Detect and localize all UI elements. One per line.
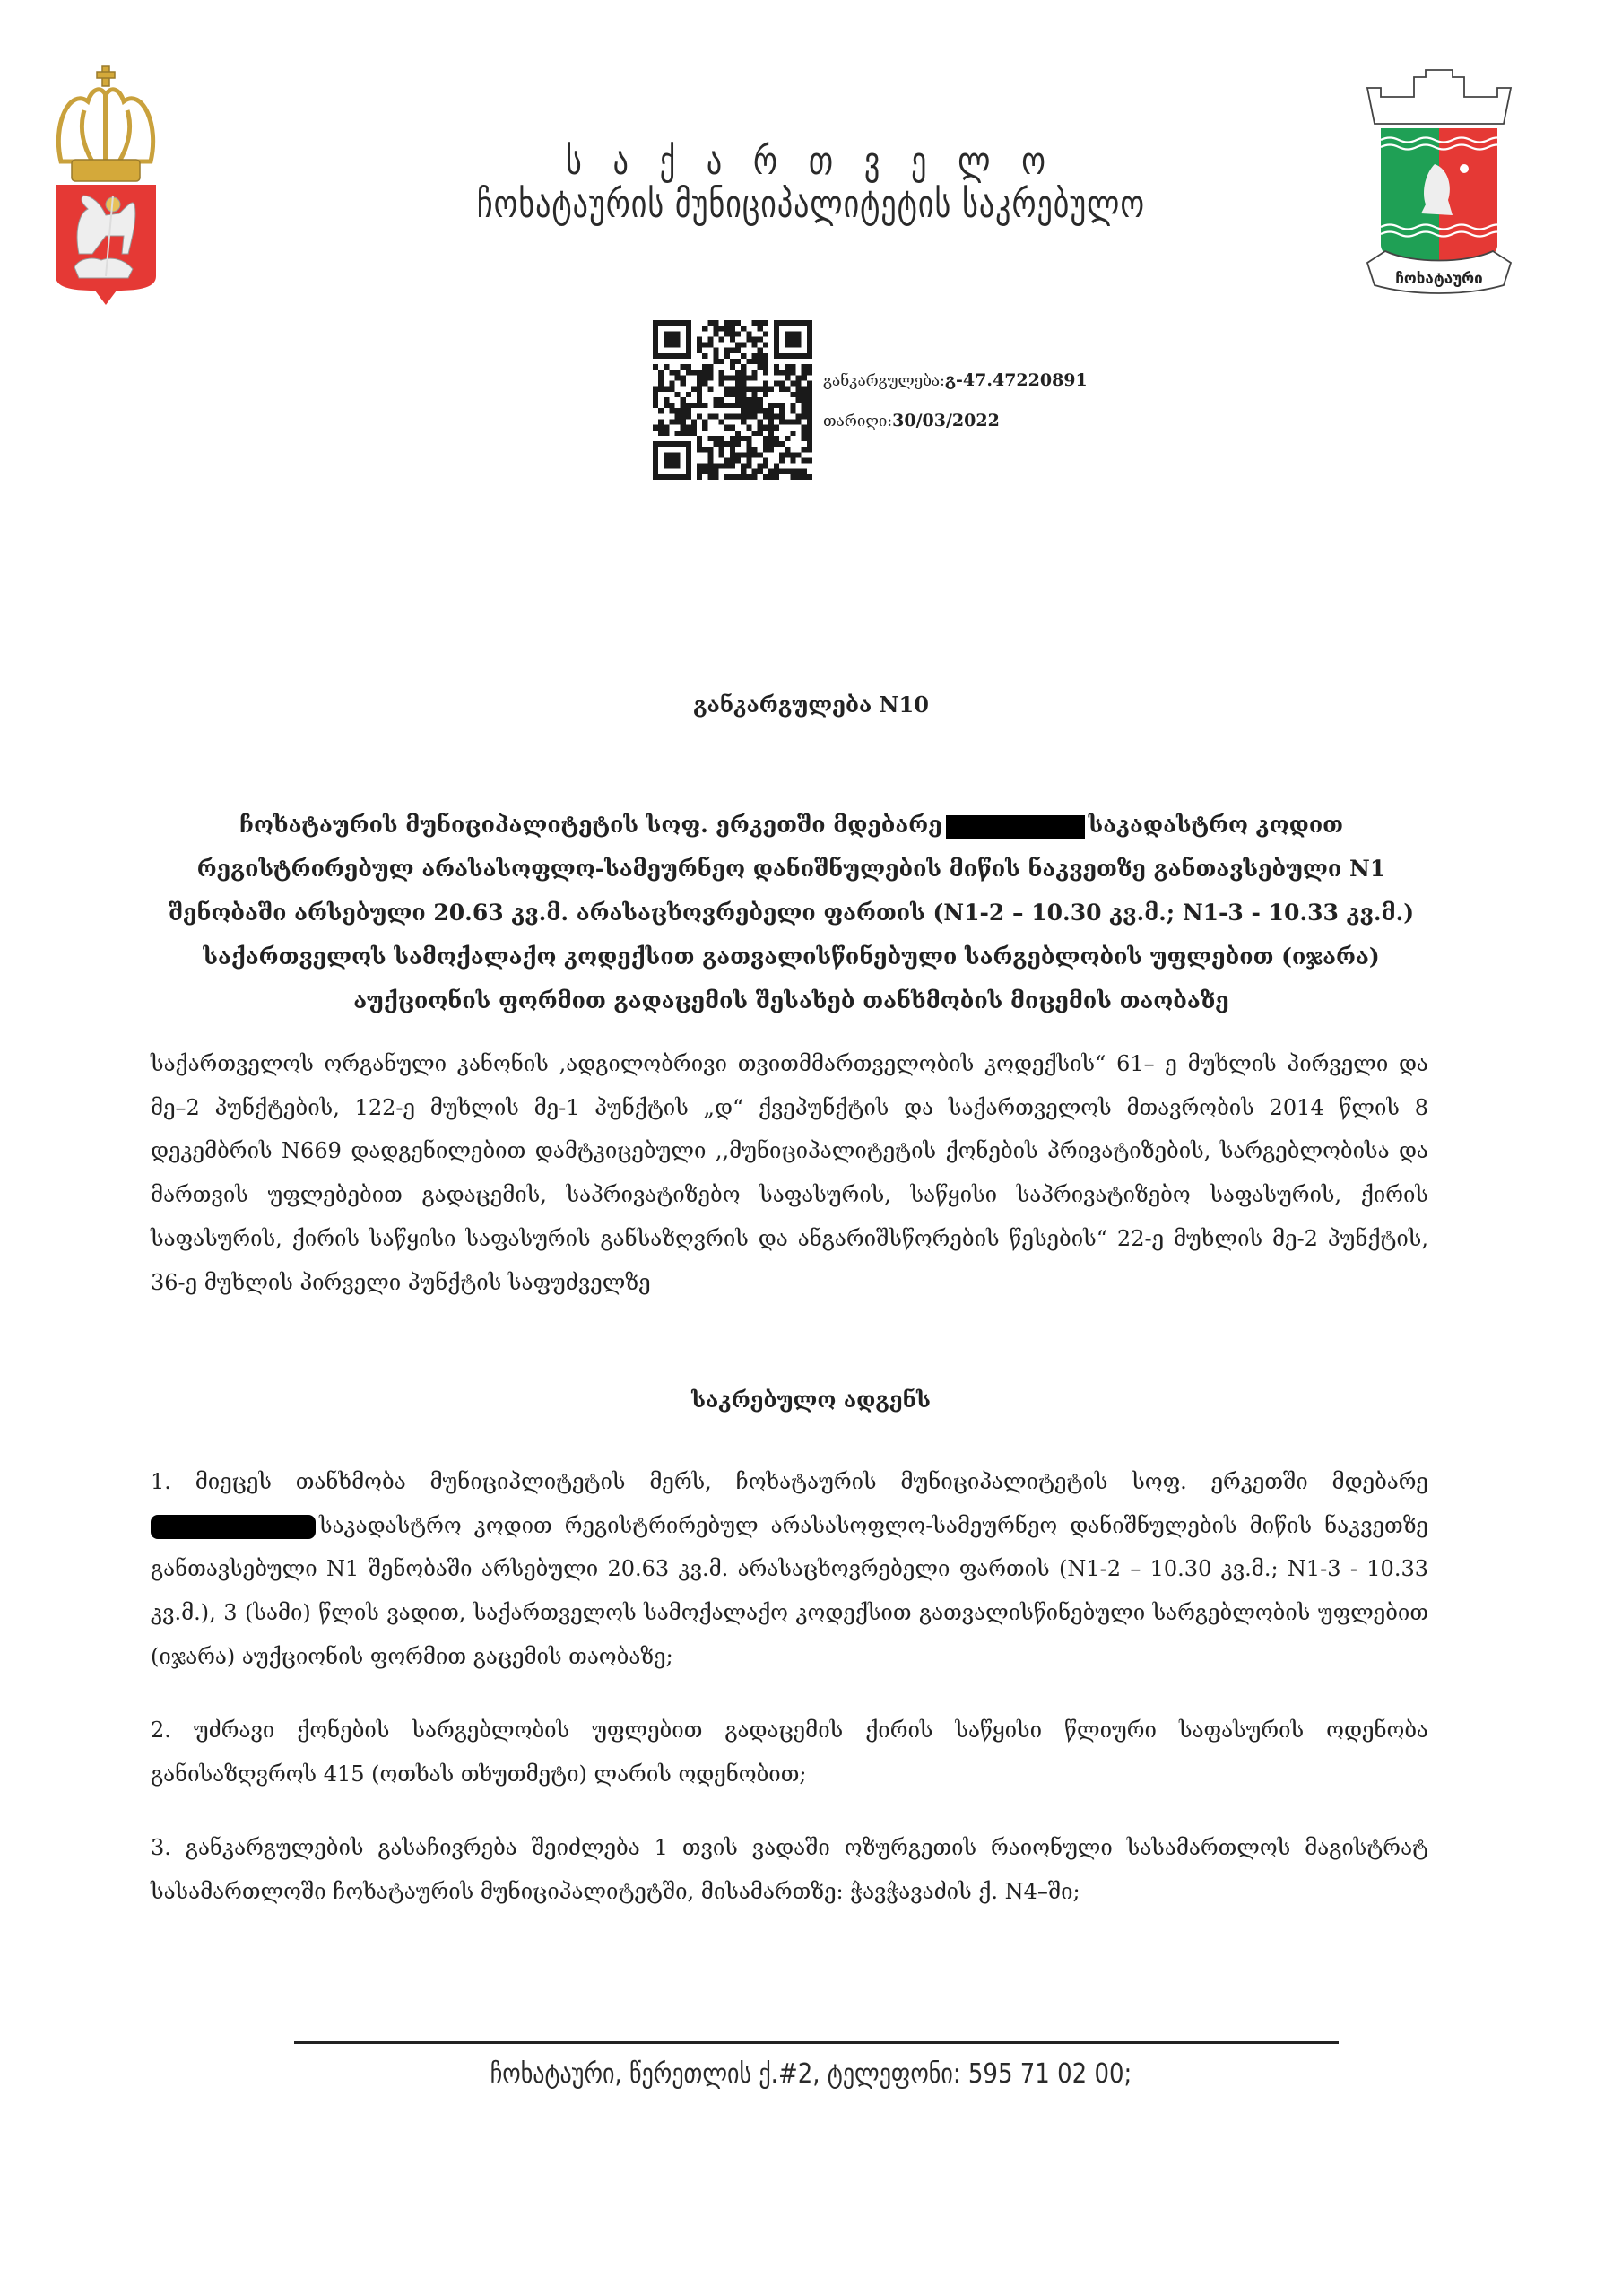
document-title: განკარგულება N10 [0, 691, 1622, 717]
svg-text:ჩოხატაური: ჩოხატაური [1395, 270, 1483, 288]
subject-text-part2: საკადასტრო კოდით რეგისტრირებულ არასასოფლ… [169, 812, 1414, 1013]
reference-date-value: 30/03/2022 [892, 411, 1000, 430]
redacted-cadastral-code [151, 1515, 316, 1539]
footer-divider [294, 2041, 1339, 2044]
header-council-name: ჩოხატაურის მუნიციპალიტეტის საკრებულო [0, 182, 1622, 227]
reference-date-label: თარიღი: [823, 413, 892, 430]
reference-date: თარიღი:30/03/2022 [823, 411, 1000, 430]
document-subject: ჩოხატაურის მუნიციპალიტეტის სოფ. ერკეთში … [152, 803, 1430, 1022]
header-country: ს ა ქ ა რ თ ვ ე ლ ო [0, 139, 1622, 184]
qr-code-icon [653, 320, 812, 480]
item-1-text-part2: საკადასტრო კოდით რეგისტრირებულ არასასოფლ… [151, 1513, 1428, 1669]
redacted-cadastral-code [946, 815, 1085, 839]
decision-item-2: 2. უძრავი ქონების სარგებლობის უფლებით გა… [151, 1709, 1428, 1796]
item-1-text-part1: 1. მიეცეს თანხმობა მუნიციპლიტეტის მერს, … [151, 1469, 1428, 1494]
reference-number-label: განკარგულება: [823, 372, 945, 390]
reference-number-value: გ-47.47220891 [945, 370, 1088, 390]
preamble-paragraph: საქართველოს ორგანული კანონის ,ადგილობრივ… [151, 1042, 1428, 1304]
reference-number: განკარგულება:გ-47.47220891 [823, 370, 1088, 390]
decides-heading: საკრებულო ადგენს [0, 1387, 1622, 1413]
footer-address: ჩოხატაური, წერეთლის ქ.#2, ტელეფონი: 595 … [0, 2059, 1622, 2091]
decision-item-3: 3. განკარგულების გასაჩივრება შეიძლება 1 … [151, 1826, 1428, 1913]
subject-text-part1: ჩოხატაურის მუნიციპალიტეტის სოფ. ერკეთში … [239, 812, 942, 838]
decision-item-1: 1. მიეცეს თანხმობა მუნიციპლიტეტის მერს, … [151, 1460, 1428, 1679]
